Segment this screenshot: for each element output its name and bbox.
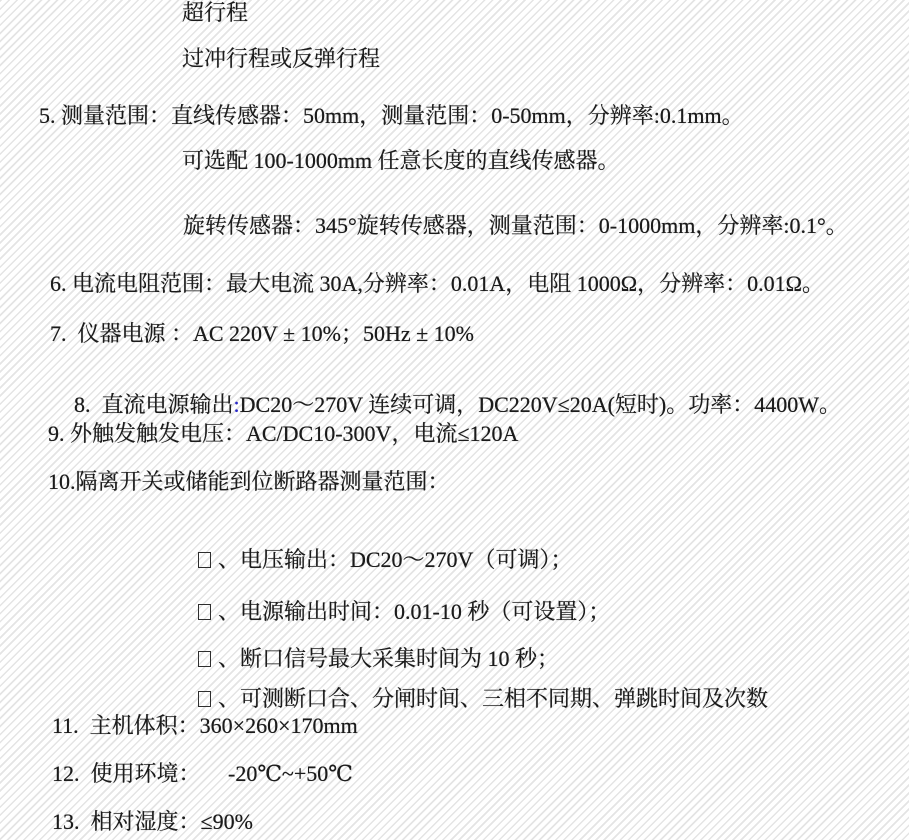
spec-sub-rotary-sensor: 旋转传感器：345°旋转传感器，测量范围：0-1000mm，分辨率:0.1°。 — [183, 214, 848, 237]
bullet-output-time-text: 、电源输出时间：0.01-10 秒（可设置）； — [218, 599, 610, 624]
dc-output-value: DC20～270V 连续可调，DC220V≤20A(短时)。功率：4400W。 — [240, 392, 841, 417]
spec-sub-optional-sensor: 可选配 100-1000mm 任意长度的直线传感器。 — [182, 149, 620, 172]
spec-item-13-humidity: 13. 相对湿度：≤90% — [52, 810, 253, 833]
missing-glyph-box-icon — [198, 691, 211, 707]
spec-item-11-host-volume: 11. 主机体积：360×260×170mm — [52, 714, 358, 737]
dc-output-label: 8. 直流电源输出 — [74, 392, 234, 417]
spec-item-12-environment: 12. 使用环境： -20℃~+50℃ — [52, 762, 353, 785]
bullet-voltage-output-text: 、电压输出：DC20～270V（可调）； — [218, 547, 572, 572]
document-page: 超行程 过冲行程或反弹行程 5. 测量范围：直线传感器：50mm，测量范围：0-… — [0, 0, 909, 840]
spec-item-7-instrument-power: 7. 仪器电源 ：AC 220V ± 10%；50Hz ± 10% — [50, 322, 474, 345]
spec-item-6-current-resistance: 6. 电流电阻范围：最大电流 30A,分辨率：0.01A，电阻 1000Ω，分辨… — [50, 272, 824, 295]
spec-item-10-isolator-range: 10.隔离开关或储能到位断路器测量范围： — [48, 470, 450, 493]
spec-line-overshoot-rebound: 过冲行程或反弹行程 — [182, 47, 380, 70]
spec-line-overtravel: 超行程 — [182, 1, 248, 24]
spec-item-9-external-trigger: 9. 外触发触发电压：AC/DC10-300V，电流≤120A — [48, 422, 518, 445]
missing-glyph-box-icon — [198, 604, 211, 620]
missing-glyph-box-icon — [198, 552, 211, 568]
spec-item-5-measure-range: 5. 测量范围：直线传感器：50mm，测量范围：0-50mm，分辨率:0.1mm… — [39, 104, 744, 127]
bullet-measurable-text: 、可测断口合、分闸时间、三相不同期、弹跳时间及次数 — [218, 686, 768, 711]
